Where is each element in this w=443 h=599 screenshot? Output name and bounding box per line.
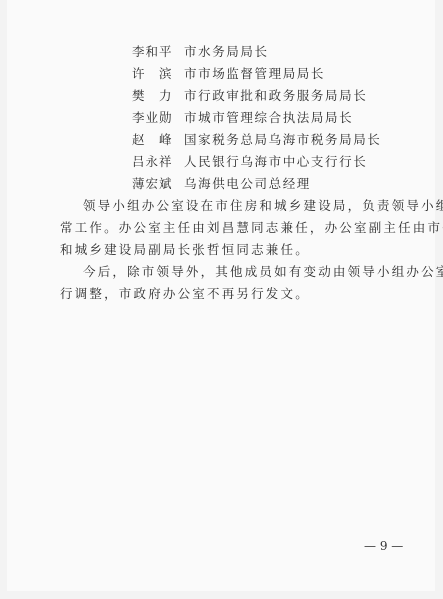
member-title: 市行政审批和政务服务局局长 [184, 86, 367, 106]
member-title: 市市场监督管理局局长 [184, 64, 325, 84]
document-page: 李和平市水务局局长 许 滨市市场监督管理局局长 樊 力市行政审批和政务服务局局长… [7, 0, 435, 591]
member-title: 人民银行乌海市中心支行行长 [184, 152, 367, 172]
member-name: 樊 力 [132, 86, 184, 106]
member-title: 市水务局局长 [184, 42, 269, 62]
page-number: — 9 — [364, 537, 403, 555]
member-row: 赵 峰国家税务总局乌海市税务局局长 [132, 130, 381, 150]
member-title: 国家税务总局乌海市税务局局长 [184, 130, 381, 150]
member-name: 李业勋 [132, 108, 184, 128]
member-name: 李和平 [132, 42, 184, 62]
member-title: 乌海供电公司总经理 [184, 174, 311, 194]
member-title: 市城市管理综合执法局局长 [184, 108, 353, 128]
paragraph-line: 今后，除市领导外，其他成员如有变动由领导小组办公室自 [83, 262, 443, 282]
member-row: 许 滨市市场监督管理局局长 [132, 64, 325, 84]
member-name: 薄宏斌 [132, 174, 184, 194]
member-name: 许 滨 [132, 64, 184, 84]
member-row: 吕永祥人民银行乌海市中心支行行长 [132, 152, 367, 172]
paragraph-line: 和城乡建设局副局长张哲恒同志兼任。 [60, 240, 310, 260]
member-row: 薄宏斌乌海供电公司总经理 [132, 174, 311, 194]
member-row: 樊 力市行政审批和政务服务局局长 [132, 86, 367, 106]
paragraph-line: 领导小组办公室设在市住房和城乡建设局，负责领导小组日 [83, 196, 443, 216]
member-name: 赵 峰 [132, 130, 184, 150]
paragraph-line: 常工作。办公室主任由刘昌慧同志兼任，办公室副主任由市住房 [60, 218, 443, 238]
paragraph-line: 行调整，市政府办公室不再另行发文。 [60, 284, 310, 304]
member-row: 李业勋市城市管理综合执法局局长 [132, 108, 353, 128]
member-name: 吕永祥 [132, 152, 184, 172]
member-row: 李和平市水务局局长 [132, 42, 269, 62]
